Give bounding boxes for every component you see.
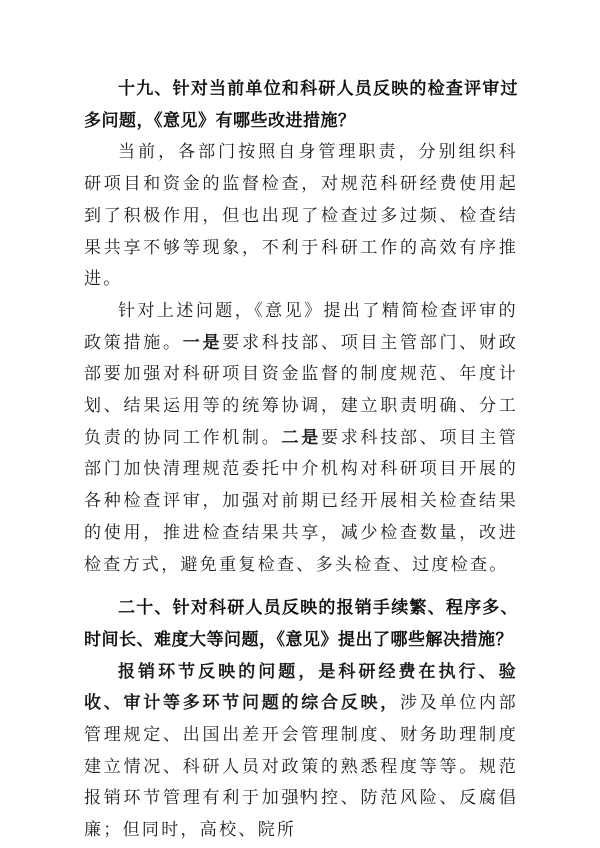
document-content: 十九、针对当前单位和科研人员反映的检查评审过多问题，《意见》有哪些改进措施？ 当… — [84, 73, 518, 846]
heading-20-text: 二十、针对科研人员反映的报销手续繁、程序多、时间长、难度大等问题，《意见》提出了… — [84, 598, 518, 649]
section-heading-19: 十九、针对当前单位和科研人员反映的检查评审过多问题，《意见》有哪些改进措施？ — [84, 73, 518, 136]
heading-19-text: 十九、针对当前单位和科研人员反映的检查评审过多问题，《意见》有哪些改进措施？ — [84, 79, 518, 130]
paragraph-policy-measures: 针对上述问题，《意见》提出了精简检查评审的政策措施。一是要求科技部、项目主管部门… — [84, 295, 518, 580]
page-number: 18 — [0, 787, 600, 802]
bold-marker-first: 一是 — [183, 333, 223, 352]
paragraph-text: 涉及单位内部管理规定、出国出差开会管理制度、财务助理制度建立情况、科研人员对政策… — [84, 693, 518, 839]
bold-marker-second: 二是 — [281, 428, 321, 447]
paragraph-reimbursement: 报销环节反映的问题，是科研经费在执行、验收、审计等多环节问题的综合反映，涉及单位… — [84, 656, 518, 846]
document-page: 十九、针对当前单位和科研人员反映的检查评审过多问题，《意见》有哪些改进措施？ 当… — [0, 0, 600, 848]
paragraph-current-situation: 当前，各部门按照自身管理职责，分别组织科研项目和资金的监督检查，对规范科研经费使… — [84, 136, 518, 295]
section-heading-20: 二十、针对科研人员反映的报销手续繁、程序多、时间长、难度大等问题，《意见》提出了… — [84, 592, 518, 655]
paragraph-text: 要求科技部、项目主管部门加快清理规范委托中介机构对科研项目开展的各种检查评审，加… — [84, 428, 518, 574]
paragraph-text: 当前，各部门按照自身管理职责，分别组织科研项目和资金的监督检查，对规范科研经费使… — [84, 142, 518, 288]
